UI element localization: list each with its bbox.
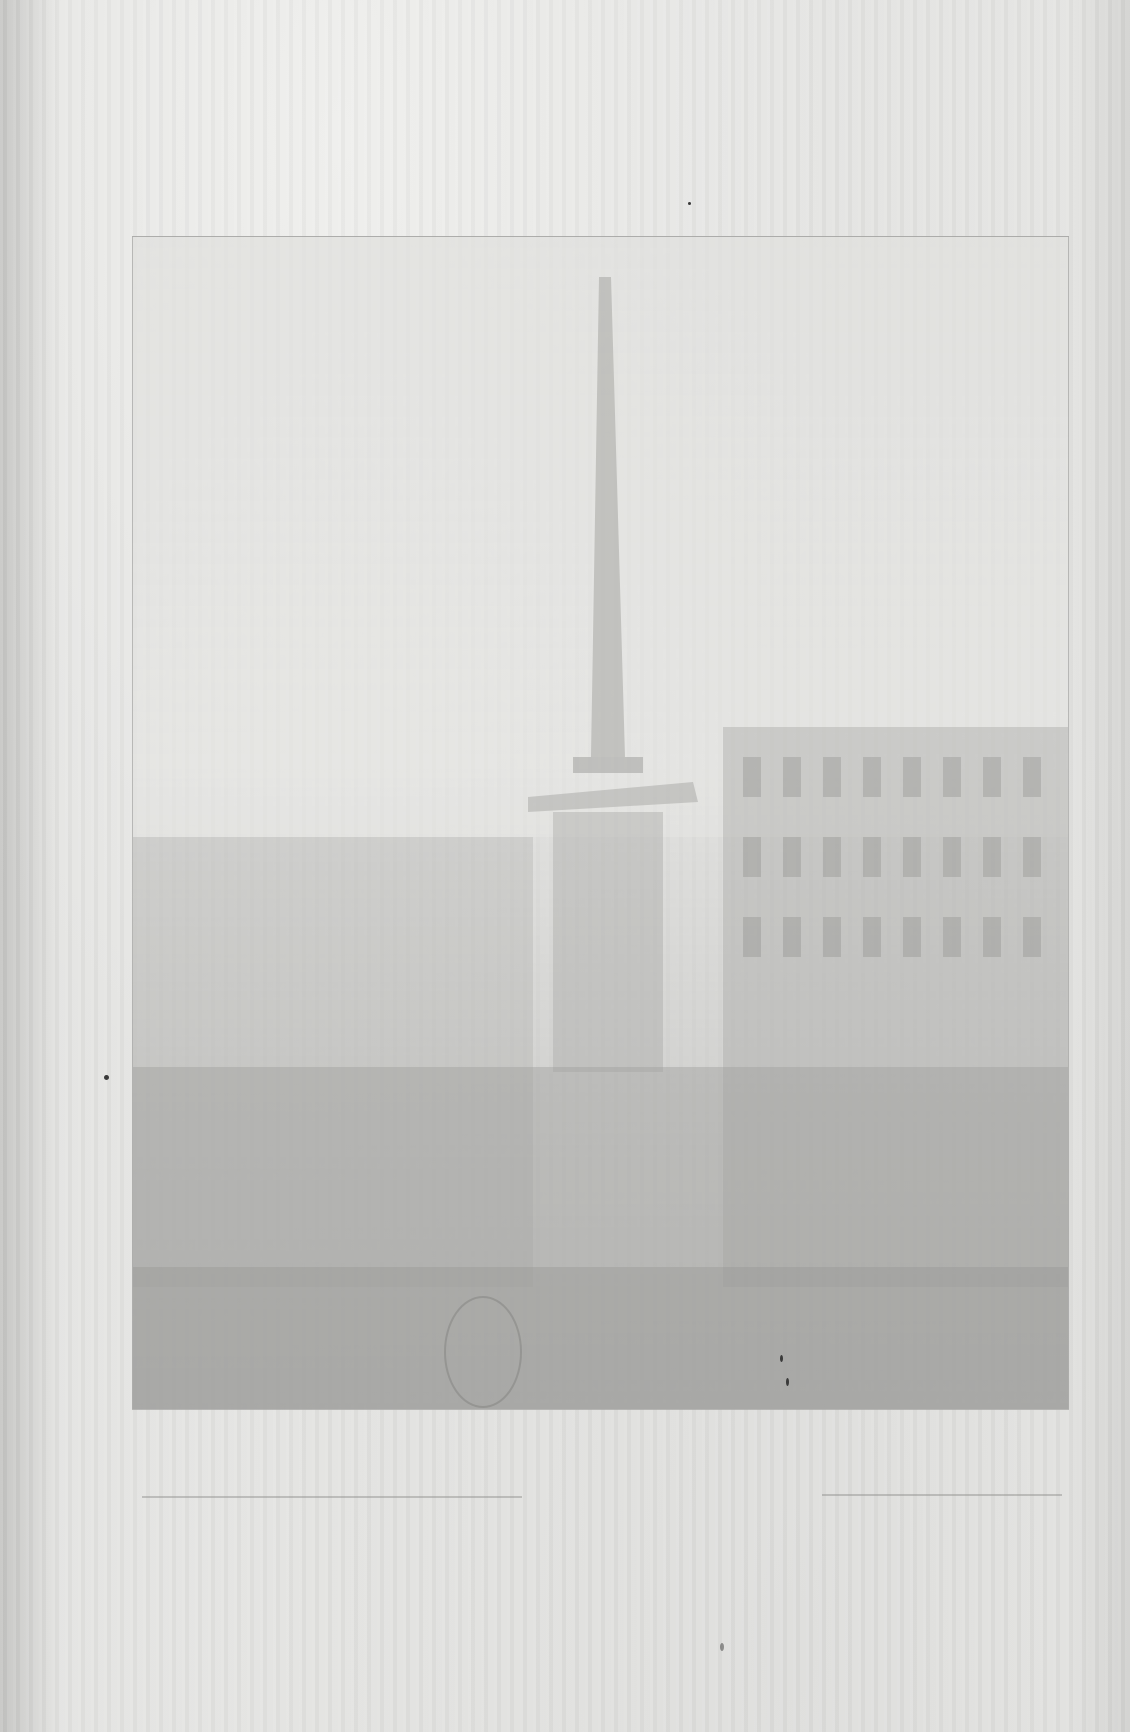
column-pedestal	[553, 812, 663, 1072]
plate-illustration	[133, 237, 1068, 1409]
scanned-page	[0, 0, 1130, 1732]
scan-speck	[688, 202, 691, 205]
scan-speck	[786, 1378, 789, 1386]
caption-rule-left	[142, 1496, 522, 1498]
column-capital	[573, 757, 643, 773]
scan-speck	[780, 1355, 783, 1362]
scan-speck	[104, 1075, 109, 1080]
plate-caption-area	[132, 1420, 1067, 1500]
caption-rule-right	[822, 1494, 1062, 1496]
engraved-plate	[132, 236, 1069, 1410]
scan-speck	[720, 1643, 724, 1651]
